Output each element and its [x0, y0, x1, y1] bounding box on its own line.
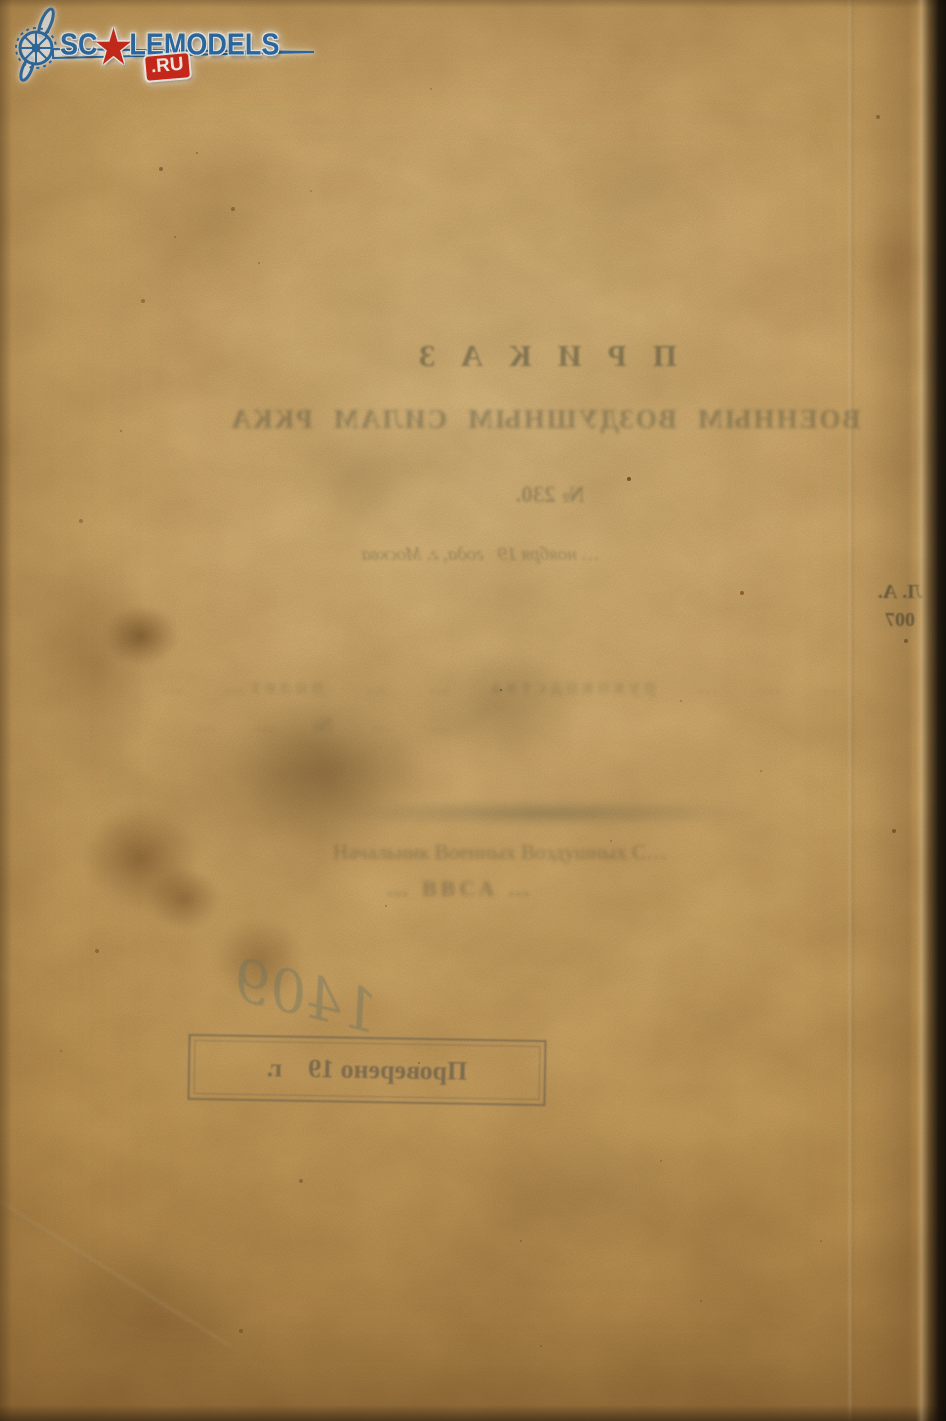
- stain-blotch: [298, 428, 420, 520]
- stain-blotch: [118, 118, 310, 310]
- brand-suffix: LEMODELS: [129, 28, 279, 62]
- stain-blotch: [214, 918, 306, 1000]
- scalemodels-watermark: SC★LEMODELS .RU: [6, 6, 326, 88]
- bleed-margin-line1: Л. А.: [852, 578, 946, 606]
- bleed-body-line1: … … … руководства … … полет… …: [60, 676, 940, 699]
- stain-blotch: [38, 1238, 260, 1410]
- corner-crease: [0, 1196, 230, 1348]
- handwritten-number: 1409: [191, 936, 421, 1055]
- signature-smudged-line: [330, 800, 760, 826]
- bleed-body-line2: … … № … …: [60, 714, 580, 737]
- top-edge-shadow: [0, 0, 946, 8]
- page-vignette: [0, 0, 946, 1421]
- paper-grain-texture: [0, 0, 946, 1421]
- bleed-margin-line2: 007: [852, 606, 946, 634]
- stain-blotch: [238, 698, 420, 850]
- propeller-engine-icon: [6, 6, 326, 88]
- bleed-addressee: ВОЕННЫМ ВОЗДУШНЫМ СИЛАМ РККА: [215, 404, 875, 435]
- stain-blotch: [148, 868, 220, 930]
- brand-prefix: SC: [60, 28, 98, 62]
- left-edge-shadow: [0, 0, 12, 1421]
- bleed-margin-note: Л. А. 007: [852, 578, 946, 634]
- stain-blotch: [418, 648, 580, 760]
- page-curl-shading: [868, 0, 912, 1421]
- right-edge-shadow: [916, 0, 946, 1421]
- bleed-order-number: № 230.: [430, 482, 670, 508]
- brand-wordmark: SC★LEMODELS: [60, 22, 279, 74]
- vertical-crease: [848, 0, 854, 1421]
- bleed-dateline: … ноября 19 года, г. Москва: [270, 544, 690, 566]
- checked-stamp: Проверено 19 г.: [187, 1034, 546, 1106]
- stain-blotch: [84, 806, 198, 910]
- star-icon: ★: [96, 23, 132, 72]
- signature-line: Начальник Военных Воздушных С…: [280, 840, 720, 865]
- signature-line: … ВВСА …: [270, 876, 650, 902]
- scanned-paper-page: ПРИКАЗ ВОЕННЫМ ВОЗДУШНЫМ СИЛАМ РККА № 23…: [0, 0, 946, 1421]
- stain-blotch: [104, 606, 178, 666]
- stain-blotch: [858, 198, 930, 330]
- stain-blotch: [478, 1118, 680, 1260]
- paper-mottle-texture: [0, 0, 946, 1421]
- bottom-edge-shadow: [0, 1405, 946, 1421]
- bleed-title: ПРИКАЗ: [330, 338, 740, 374]
- stain-blotch: [36, 556, 158, 780]
- ru-domain-badge: .RU: [145, 53, 190, 81]
- checked-stamp-text: Проверено 19 г.: [267, 1053, 468, 1086]
- fleck-speckles: [0, 0, 2, 2]
- stain-blotch: [150, 640, 450, 900]
- stain-blotch: [578, 128, 730, 250]
